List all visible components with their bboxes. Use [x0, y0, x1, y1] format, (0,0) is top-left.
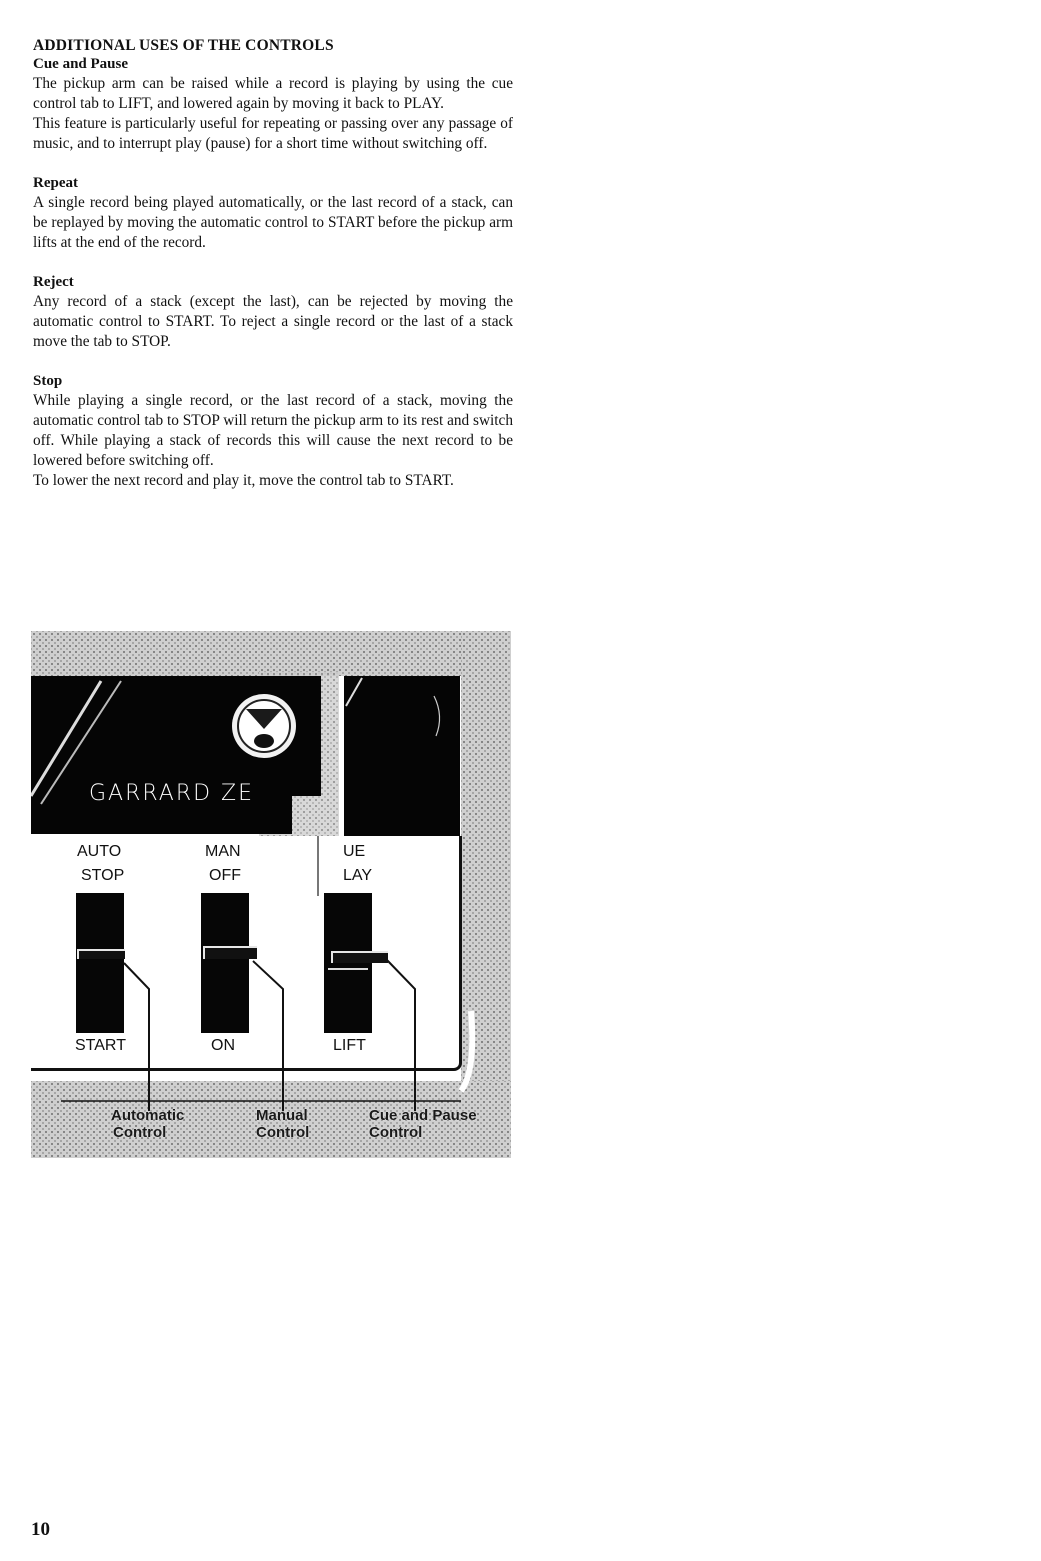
paragraph: This feature is particularly useful for …: [33, 114, 513, 154]
page-title: ADDITIONAL USES OF THE CONTROLS: [33, 36, 513, 55]
callout-line: Cue and Pause: [369, 1107, 477, 1124]
paragraph: Any record of a stack (except the last),…: [33, 292, 513, 352]
page-number: 10: [31, 1519, 50, 1541]
callout-line: Control: [369, 1124, 477, 1141]
callout-leader-lines: [31, 631, 511, 1158]
section-stop: Stop While playing a single record, or t…: [33, 372, 513, 491]
callout-line: Control: [256, 1124, 309, 1141]
callout-line: Automatic: [111, 1107, 184, 1124]
paragraph: While playing a single record, or the la…: [33, 391, 513, 471]
callout-line: Manual: [256, 1107, 309, 1124]
callout-line: Control: [111, 1124, 184, 1141]
automatic-control-callout: Automatic Control: [111, 1107, 184, 1141]
cue-and-pause-control-callout: Cue and Pause Control: [369, 1107, 477, 1141]
manual-control-callout: Manual Control: [256, 1107, 309, 1141]
paragraph: The pickup arm can be raised while a rec…: [33, 74, 513, 114]
section-heading: Stop: [33, 372, 513, 391]
section-heading: Repeat: [33, 174, 513, 193]
section-cue-and-pause: Cue and Pause The pickup arm can be rais…: [33, 55, 513, 154]
text-column: ADDITIONAL USES OF THE CONTROLS Cue and …: [33, 36, 513, 491]
section-heading: Reject: [33, 273, 513, 292]
paragraph: A single record being played automatical…: [33, 193, 513, 253]
paragraph: To lower the next record and play it, mo…: [33, 471, 513, 491]
section-heading: Cue and Pause: [33, 55, 513, 74]
section-reject: Reject Any record of a stack (except the…: [33, 273, 513, 352]
section-repeat: Repeat A single record being played auto…: [33, 174, 513, 253]
control-panel-figure: GARRARD ZE AUTO STOP START MAN OFF ON UE…: [31, 631, 511, 1158]
